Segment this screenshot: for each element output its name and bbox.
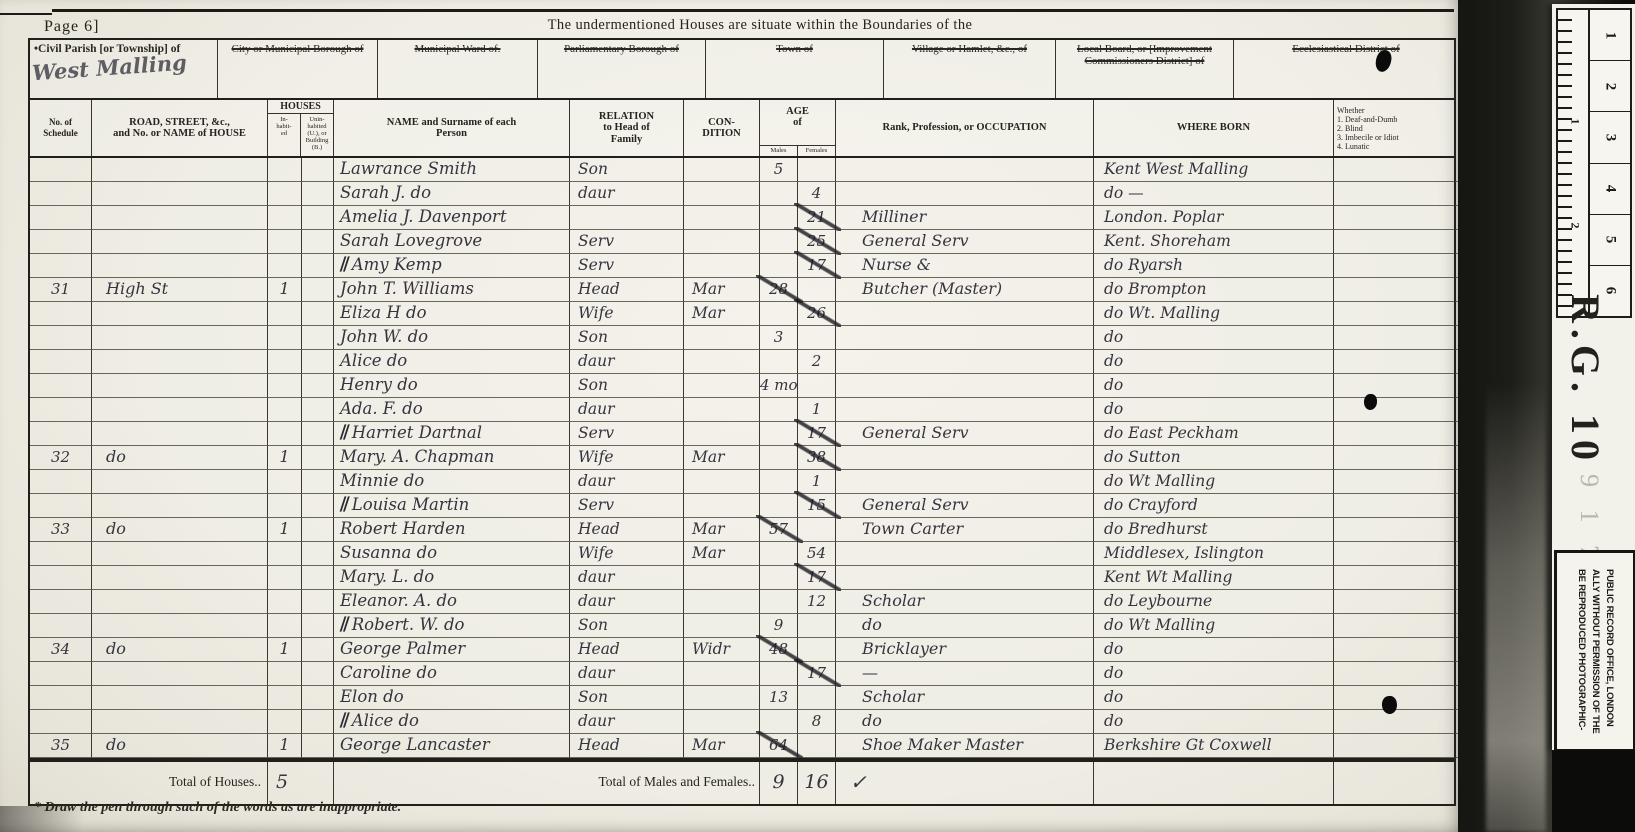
cell-houses-inhabited	[268, 254, 302, 278]
cell-condition	[684, 662, 760, 686]
cell-schedule-number	[30, 230, 92, 254]
cell-relation: Head	[570, 734, 684, 758]
cell-houses-inhabited	[268, 590, 302, 614]
col-occupation: Rank, Profession, or OCCUPATION	[836, 100, 1094, 156]
cell-where-born: do Ryarsh	[1094, 254, 1334, 278]
table-row: 32 do 1 Mary. A. Chapman Wife Mar 38 do …	[30, 446, 1454, 470]
cell-condition	[684, 566, 760, 590]
district-header-row: •Civil Parish [or Township] of West Mall…	[28, 38, 1456, 98]
cell-schedule-number: 33	[30, 518, 92, 542]
cell-person-name: Alice do	[334, 350, 570, 374]
table-row: Henry do Son 4 mo do	[30, 374, 1454, 398]
cell-disability	[1334, 302, 1458, 326]
table-row: 33 do 1 Robert Harden Head Mar 57 Town C…	[30, 518, 1454, 542]
cell-age-female	[798, 518, 836, 542]
cell-houses-inhabited	[268, 374, 302, 398]
cell-disability	[1334, 278, 1458, 302]
cell-person-name: Ada. F. do	[334, 398, 570, 422]
cell-occupation: Bricklayer	[836, 638, 1094, 662]
cell-age-male	[760, 350, 798, 374]
cell-disability	[1334, 542, 1458, 566]
cell-disability	[1334, 254, 1458, 278]
col-schedule: No. of Schedule	[30, 100, 92, 156]
cell-person-name: ∥Robert. W. do	[334, 614, 570, 638]
cell-houses-inhabited	[268, 302, 302, 326]
cell-condition	[684, 686, 760, 710]
table-row: Sarah Lovegrove Serv 25 General Serv Ken…	[30, 230, 1454, 254]
cell-age-male	[760, 230, 798, 254]
cell-occupation: Shoe Maker Master	[836, 734, 1094, 758]
cell-houses-inhabited: 1	[268, 638, 302, 662]
table-row: ∥Robert. W. do Son 9 do do Wt Malling	[30, 614, 1454, 638]
col-road: ROAD, STREET, &c., and No. or NAME of HO…	[92, 100, 268, 156]
cell-road-street	[92, 566, 268, 590]
cell-age-male	[760, 422, 798, 446]
cell-age-male	[760, 662, 798, 686]
cell-disability	[1334, 470, 1458, 494]
cell-age-female: 2	[798, 350, 836, 374]
cell-relation: Wife	[570, 446, 684, 470]
cell-disability	[1334, 206, 1458, 230]
col-name: NAME and Surname of each Person	[334, 100, 570, 156]
cell-person-name: George Palmer	[334, 638, 570, 662]
cell-houses-inhabited	[268, 422, 302, 446]
cell-relation: daur	[570, 182, 684, 206]
cell-houses-uninhabited	[302, 254, 334, 278]
cell-road-street	[92, 686, 268, 710]
cell-age-male: 4 mo	[760, 374, 798, 398]
cell-where-born: do	[1094, 662, 1334, 686]
form-title: The undermentioned Houses are situate wi…	[330, 17, 1190, 34]
cell-age-female: 12	[798, 590, 836, 614]
total-houses-value: 5	[268, 762, 334, 804]
cell-age-female	[798, 326, 836, 350]
col-condition: CON- DITION	[684, 100, 760, 156]
cell-person-name: Lawrance Smith	[334, 158, 570, 182]
col-houses-inhabited: In- habit- ed	[268, 114, 301, 156]
cell-relation: daur	[570, 350, 684, 374]
cell-occupation	[836, 446, 1094, 470]
cell-disability	[1334, 494, 1458, 518]
cell-road-street	[92, 422, 268, 446]
cell-where-born: do East Peckham	[1094, 422, 1334, 446]
cell-where-born: do Crayford	[1094, 494, 1334, 518]
table-row: Eleanor. A. do daur 12 Scholar do Leybou…	[30, 590, 1454, 614]
page-number: Page 6]	[44, 18, 99, 36]
cell-relation: Son	[570, 158, 684, 182]
cell-disability	[1334, 446, 1458, 470]
cell-road-street	[92, 614, 268, 638]
table-row: Minnie do daur 1 do Wt Malling	[30, 470, 1454, 494]
cell-schedule-number: 34	[30, 638, 92, 662]
ruler-cm-number: 3	[1590, 112, 1630, 163]
cell-age-female	[798, 686, 836, 710]
cell-age-male: 3	[760, 326, 798, 350]
cell-occupation: Scholar	[836, 590, 1094, 614]
cell-schedule-number	[30, 686, 92, 710]
cell-disability	[1334, 710, 1458, 734]
cell-road-street	[92, 254, 268, 278]
table-row: Sarah J. do daur 4 do —	[30, 182, 1454, 206]
cell-where-born: London. Poplar	[1094, 206, 1334, 230]
cell-where-born: do Wt Malling	[1094, 470, 1334, 494]
cell-houses-uninhabited	[302, 710, 334, 734]
total-males-females-label: Total of Males and Females..	[334, 762, 760, 804]
table-body: Lawrance Smith Son 5 Kent West Malling S…	[28, 158, 1456, 760]
cell-relation	[570, 206, 684, 230]
cell-houses-inhabited	[268, 158, 302, 182]
cell-relation: daur	[570, 398, 684, 422]
cell-where-born: do	[1094, 398, 1334, 422]
cell-occupation: —	[836, 662, 1094, 686]
cell-houses-uninhabited	[302, 686, 334, 710]
col-houses: HOUSES In- habit- ed Unin- habited (U.),…	[268, 100, 334, 156]
cell-houses-uninhabited	[302, 494, 334, 518]
side-reference-card: 1 2 123456 R.G. 10 9 1 7 BE REPRODUCED P…	[1552, 4, 1635, 750]
cell-person-name: Sarah Lovegrove	[334, 230, 570, 254]
col-age: AGE of Males Females	[760, 100, 836, 156]
cell-occupation	[836, 566, 1094, 590]
table-row: ∥Louisa Martin Serv 15 General Serv do C…	[30, 494, 1454, 518]
col-houses-uninhabited: Unin- habited (U.), or Building (B.)	[301, 114, 333, 156]
top-rule-left	[0, 13, 52, 15]
civil-parish-handwritten-value: West Malling	[32, 57, 187, 80]
cell-age-male: 5	[760, 158, 798, 182]
cell-schedule-number: 32	[30, 446, 92, 470]
cell-houses-inhabited	[268, 398, 302, 422]
cell-condition: Mar	[684, 446, 760, 470]
cell-condition: Mar	[684, 302, 760, 326]
cell-age-female: 15	[798, 494, 836, 518]
cell-age-male: 64	[760, 734, 798, 758]
cell-schedule-number	[30, 326, 92, 350]
cell-age-female: 8	[798, 710, 836, 734]
cell-age-male	[760, 470, 798, 494]
cell-schedule-number	[30, 494, 92, 518]
cell-condition	[684, 614, 760, 638]
cell-houses-uninhabited	[302, 158, 334, 182]
cell-person-name: Elon do	[334, 686, 570, 710]
cell-schedule-number	[30, 206, 92, 230]
cell-person-name: John W. do	[334, 326, 570, 350]
cell-houses-inhabited	[268, 614, 302, 638]
cell-where-born: do	[1094, 638, 1334, 662]
cell-houses-uninhabited	[302, 566, 334, 590]
cell-houses-inhabited	[268, 542, 302, 566]
cell-houses-uninhabited	[302, 470, 334, 494]
cell-where-born: do Wt Malling	[1094, 614, 1334, 638]
cell-age-female: 17	[798, 566, 836, 590]
col-age-females: Females	[798, 146, 835, 156]
cell-houses-inhabited	[268, 326, 302, 350]
cell-relation: daur	[570, 470, 684, 494]
table-row: 31 High St 1 John T. Williams Head Mar 2…	[30, 278, 1454, 302]
cell-condition	[684, 230, 760, 254]
cell-disability	[1334, 734, 1458, 758]
cell-age-male: 48	[760, 638, 798, 662]
cell-houses-uninhabited	[302, 734, 334, 758]
cell-condition: Mar	[684, 734, 760, 758]
cell-relation: Son	[570, 686, 684, 710]
total-houses-label: Total of Houses..	[30, 762, 268, 804]
table-row: Elon do Son 13 Scholar do	[30, 686, 1454, 710]
cell-disability	[1334, 638, 1458, 662]
column-header-row: No. of Schedule ROAD, STREET, &c., and N…	[28, 98, 1456, 158]
table-row: Ada. F. do daur 1 do	[30, 398, 1454, 422]
cell-age-male	[760, 302, 798, 326]
cell-disability	[1334, 614, 1458, 638]
cell-houses-uninhabited	[302, 662, 334, 686]
district-cell-civil-parish: •Civil Parish [or Township] of West Mall…	[30, 40, 218, 98]
cell-occupation	[836, 326, 1094, 350]
table-row: Amelia J. Davenport 21 Milliner London. …	[30, 206, 1454, 230]
cell-road-street	[92, 590, 268, 614]
cell-schedule-number	[30, 470, 92, 494]
film-sheen	[1486, 380, 1546, 832]
cell-disability	[1334, 350, 1458, 374]
cell-relation: Serv	[570, 230, 684, 254]
cell-disability	[1334, 662, 1458, 686]
copyright-stamp-box: BE REPRODUCED PHOTOGRAPHIC- ALLY WITHOUT…	[1554, 550, 1635, 752]
cell-where-born: do Leybourne	[1094, 590, 1334, 614]
cell-road-street	[92, 326, 268, 350]
cell-where-born: do —	[1094, 182, 1334, 206]
ruler-cm-number: 1	[1590, 10, 1630, 61]
cell-person-name: Minnie do	[334, 470, 570, 494]
cell-occupation: Scholar	[836, 686, 1094, 710]
cell-condition	[684, 182, 760, 206]
cell-schedule-number	[30, 254, 92, 278]
cell-occupation	[836, 398, 1094, 422]
cell-houses-uninhabited	[302, 350, 334, 374]
cell-houses-inhabited	[268, 206, 302, 230]
cell-disability	[1334, 374, 1458, 398]
cell-schedule-number	[30, 398, 92, 422]
cell-relation: Son	[570, 374, 684, 398]
cell-relation: daur	[570, 590, 684, 614]
cell-relation: Head	[570, 278, 684, 302]
cell-where-born: Kent Wt Malling	[1094, 566, 1334, 590]
cell-occupation	[836, 158, 1094, 182]
district-cell-parliamentary-borough: Parliamentary Borough of	[538, 40, 706, 98]
cell-condition	[684, 494, 760, 518]
cell-person-name: ∥Amy Kemp	[334, 254, 570, 278]
cell-schedule-number	[30, 422, 92, 446]
cell-occupation	[836, 374, 1094, 398]
cell-disability	[1334, 182, 1458, 206]
cell-condition	[684, 590, 760, 614]
cell-where-born: do	[1094, 326, 1334, 350]
cell-road-street: do	[92, 446, 268, 470]
cell-person-name: John T. Williams	[334, 278, 570, 302]
census-table: •Civil Parish [or Township] of West Mall…	[28, 38, 1456, 806]
cell-disability	[1334, 398, 1458, 422]
totals-disability-empty	[1334, 762, 1458, 804]
cell-where-born: do	[1094, 374, 1334, 398]
cell-houses-inhabited	[268, 470, 302, 494]
table-row: Lawrance Smith Son 5 Kent West Malling	[30, 158, 1454, 182]
cell-condition	[684, 710, 760, 734]
cell-where-born: Kent. Shoreham	[1094, 230, 1334, 254]
cell-age-female	[798, 734, 836, 758]
cell-houses-inhabited	[268, 494, 302, 518]
cell-road-street	[92, 710, 268, 734]
cell-age-female: 17	[798, 662, 836, 686]
cell-where-born: do Brompton	[1094, 278, 1334, 302]
cell-person-name: Caroline do	[334, 662, 570, 686]
cell-age-female	[798, 614, 836, 638]
cell-schedule-number	[30, 374, 92, 398]
cell-houses-uninhabited	[302, 446, 334, 470]
ruler-cm-number: 5	[1590, 215, 1630, 266]
table-row: ∥Alice do daur 8 do do	[30, 710, 1454, 734]
cell-houses-uninhabited	[302, 614, 334, 638]
cell-relation: Head	[570, 638, 684, 662]
cell-schedule-number	[30, 614, 92, 638]
cell-houses-uninhabited	[302, 182, 334, 206]
cell-houses-uninhabited	[302, 422, 334, 446]
cell-houses-uninhabited	[302, 206, 334, 230]
cell-houses-inhabited	[268, 230, 302, 254]
cell-relation: daur	[570, 710, 684, 734]
cell-person-name: Robert Harden	[334, 518, 570, 542]
cell-road-street	[92, 662, 268, 686]
cell-person-name: ∥Harriet Dartnal	[334, 422, 570, 446]
col-age-males: Males	[760, 146, 798, 156]
cell-age-male	[760, 542, 798, 566]
cell-occupation: Nurse &	[836, 254, 1094, 278]
cell-road-street	[92, 206, 268, 230]
total-males-value: 9	[760, 762, 798, 804]
cell-road-street	[92, 494, 268, 518]
cell-occupation: General Serv	[836, 230, 1094, 254]
cell-age-male: 57	[760, 518, 798, 542]
cell-disability	[1334, 230, 1458, 254]
cell-occupation	[836, 470, 1094, 494]
cell-relation: daur	[570, 566, 684, 590]
cell-schedule-number: 31	[30, 278, 92, 302]
district-cell-city-borough: City or Municipal Borough of	[218, 40, 378, 98]
cell-person-name: Mary. L. do	[334, 566, 570, 590]
district-cell-municipal-ward: Municipal Ward of.	[378, 40, 538, 98]
cell-person-name: Susanna do	[334, 542, 570, 566]
cell-schedule-number	[30, 158, 92, 182]
cell-condition	[684, 326, 760, 350]
cell-road-street	[92, 470, 268, 494]
cell-condition	[684, 398, 760, 422]
cell-condition	[684, 350, 760, 374]
cell-houses-uninhabited	[302, 230, 334, 254]
cell-disability	[1334, 422, 1458, 446]
district-cell-town: Town of	[706, 40, 884, 98]
cell-relation: Serv	[570, 422, 684, 446]
cell-road-street: do	[92, 638, 268, 662]
cell-relation: Serv	[570, 494, 684, 518]
cell-occupation: Butcher (Master)	[836, 278, 1094, 302]
cell-person-name: Henry do	[334, 374, 570, 398]
ruler-inch-label: 2	[1568, 223, 1583, 229]
cell-person-name: Amelia J. Davenport	[334, 206, 570, 230]
cell-where-born: do	[1094, 350, 1334, 374]
top-rule	[52, 9, 1454, 12]
cell-where-born: do	[1094, 686, 1334, 710]
table-row: ∥Amy Kemp Serv 17 Nurse & do Ryarsh	[30, 254, 1454, 278]
corner-smudge	[0, 806, 120, 832]
cell-houses-uninhabited	[302, 326, 334, 350]
cell-condition	[684, 470, 760, 494]
cell-disability	[1334, 326, 1458, 350]
copyright-stamp-text: BE REPRODUCED PHOTOGRAPHIC- ALLY WITHOUT…	[1574, 569, 1616, 733]
census-scan-page: { "page": { "page_label": "Page 6]", "ti…	[0, 0, 1635, 832]
cell-age-male	[760, 566, 798, 590]
cell-relation: Head	[570, 518, 684, 542]
cell-age-female: 26	[798, 302, 836, 326]
district-cell-village-hamlet: Village or Hamlet, &c., of	[884, 40, 1056, 98]
ruler-cm-scale: 123456	[1590, 10, 1630, 316]
cell-where-born: do Sutton	[1094, 446, 1334, 470]
cell-disability	[1334, 590, 1458, 614]
cell-disability	[1334, 518, 1458, 542]
cell-where-born: Berkshire Gt Coxwell	[1094, 734, 1334, 758]
cell-relation: Son	[570, 614, 684, 638]
cell-person-name: Sarah J. do	[334, 182, 570, 206]
cell-where-born: do	[1094, 710, 1334, 734]
cell-age-male: 28	[760, 278, 798, 302]
cell-condition	[684, 374, 760, 398]
cell-where-born: do Wt. Malling	[1094, 302, 1334, 326]
cell-age-female: 17	[798, 254, 836, 278]
cell-houses-uninhabited	[302, 638, 334, 662]
census-form-paper: Page 6] The undermentioned Houses are si…	[0, 0, 1462, 832]
cell-houses-inhabited: 1	[268, 446, 302, 470]
cell-age-male: 13	[760, 686, 798, 710]
cell-person-name: ∥Alice do	[334, 710, 570, 734]
table-row: Susanna do Wife Mar 54 Middlesex, Isling…	[30, 542, 1454, 566]
ruler-inch-ticks: 1 2	[1558, 10, 1590, 316]
cell-occupation	[836, 302, 1094, 326]
cell-person-name: Eliza H do	[334, 302, 570, 326]
table-row: Alice do daur 2 do	[30, 350, 1454, 374]
cell-road-street	[92, 374, 268, 398]
cell-condition: Widr	[684, 638, 760, 662]
cell-houses-inhabited: 1	[268, 734, 302, 758]
cell-condition: Mar	[684, 518, 760, 542]
cell-condition: Mar	[684, 278, 760, 302]
cell-houses-inhabited	[268, 686, 302, 710]
cell-road-street	[92, 302, 268, 326]
cell-schedule-number	[30, 710, 92, 734]
col-where-born: WHERE BORN	[1094, 100, 1334, 156]
cell-road-street	[92, 182, 268, 206]
cell-occupation	[836, 542, 1094, 566]
cell-person-name: George Lancaster	[334, 734, 570, 758]
cell-occupation	[836, 350, 1094, 374]
cell-person-name: Eleanor. A. do	[334, 590, 570, 614]
ruler: 1 2 123456	[1556, 8, 1632, 318]
cell-disability	[1334, 566, 1458, 590]
table-row: John W. do Son 3 do	[30, 326, 1454, 350]
rg-series-stamp: R.G. 10	[1562, 294, 1609, 466]
cell-person-name: ∥Louisa Martin	[334, 494, 570, 518]
cell-road-street: do	[92, 734, 268, 758]
cell-where-born: Middlesex, Islington	[1094, 542, 1334, 566]
cell-age-male	[760, 206, 798, 230]
cell-occupation: General Serv	[836, 422, 1094, 446]
ruler-cm-number: 2	[1590, 61, 1630, 112]
cell-road-street	[92, 350, 268, 374]
cell-where-born: do Bredhurst	[1094, 518, 1334, 542]
cell-schedule-number: 35	[30, 734, 92, 758]
